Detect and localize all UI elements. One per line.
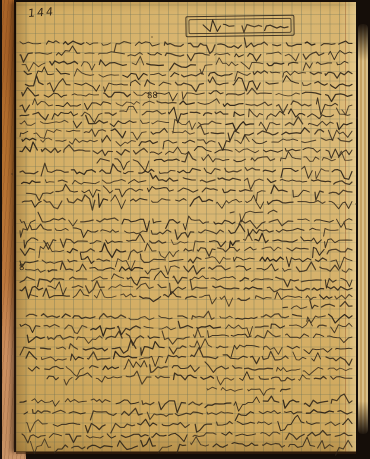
notebook-page: 144 88 8 — [16, 2, 356, 452]
page-bottom-edge-shadow — [16, 451, 356, 454]
scanned-notebook-photo: 144 88 8 — [0, 0, 370, 459]
grid-margin-line — [345, 2, 346, 452]
page-edge-shadow — [356, 0, 370, 459]
inline-numeral: 88 — [147, 91, 158, 102]
inline-numeral: 8 — [19, 263, 25, 273]
page-number: 144 — [28, 5, 56, 20]
underlying-page-edges — [358, 24, 368, 434]
